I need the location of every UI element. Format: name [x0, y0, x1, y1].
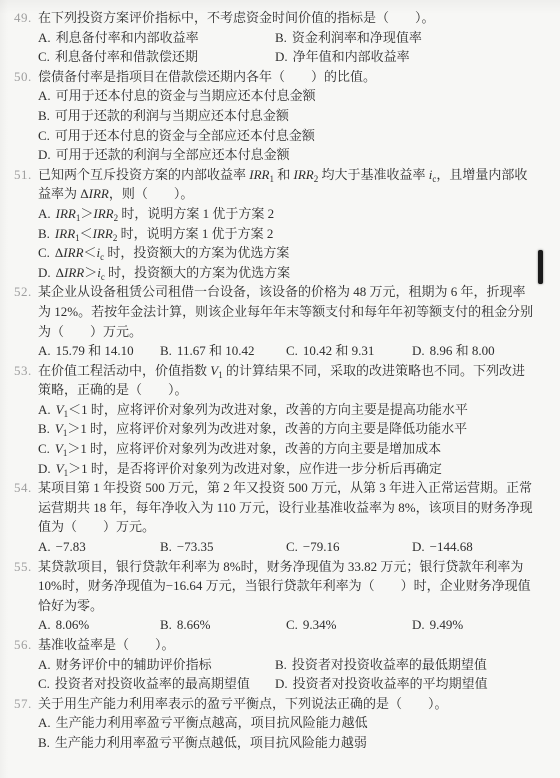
question-body: 已知两个互斥投资方案的内部收益率 IRR1 和 IRR2 均大于基准收益率 ic…: [38, 165, 534, 283]
question-body: 某企业从设备租赁公司租借一台设备，该设备的价格为 48 万元，租期为 6 年，折…: [38, 282, 534, 360]
options-row: A.15.79 和 14.10 B.11.67 和 10.42 C.10.42 …: [38, 341, 534, 361]
question-stem: 在下列投资方案评价指标中，不考虑资金时间价值的指标是（ ）。: [38, 8, 534, 28]
option-text: 投资者对投资收益率的平均期望值: [293, 676, 488, 691]
option-label: C.: [286, 343, 298, 358]
option-text: 8.66%: [177, 617, 211, 632]
question-body: 某贷款项目，银行贷款年利率为 8%时，财务净现值为 33.82 万元；银行贷款年…: [38, 557, 534, 635]
question-49: 49. 在下列投资方案评价指标中，不考虑资金时间价值的指标是（ ）。 A.利息备…: [14, 8, 534, 67]
option-a: A.生产能力利用率盈亏平衡点越高，项目抗风险能力越低: [38, 713, 534, 733]
option-text: 8.06%: [56, 617, 90, 632]
option-d: D.−144.68: [412, 537, 534, 557]
option-text: −73.35: [177, 539, 214, 554]
option-label: B.: [38, 421, 50, 436]
option-label: C.: [286, 617, 298, 632]
option-label: A.: [38, 539, 51, 554]
option-a: A.IRR1＞IRR2 时，说明方案 1 优于方案 2: [38, 204, 534, 224]
option-text: 利息备付率和内部收益率: [56, 30, 199, 45]
question-stem: 某项目第 1 年投资 500 万元，第 2 年又投资 500 万元，从第 3 年…: [38, 478, 534, 537]
option-label: A.: [38, 206, 51, 221]
question-number: 57.: [14, 694, 38, 714]
question-number: 49.: [14, 8, 38, 28]
option-label: D.: [412, 539, 425, 554]
option-label: B.: [160, 617, 172, 632]
question-57: 57. 关于用生产能力利用率表示的盈亏平衡点，下列说法正确的是（ ）。 A.生产…: [14, 694, 534, 753]
option-text: 投资者对投资收益率的最低期望值: [292, 657, 487, 672]
option-text: −7.83: [56, 539, 86, 554]
question-stem: 偿债备付率是指项目在借款偿还期内各年（ ）的比值。: [38, 67, 534, 87]
option-label: D.: [275, 676, 288, 691]
question-stem: 基准收益率是（ ）。: [38, 635, 534, 655]
option-label: B.: [160, 343, 172, 358]
option-label: C.: [38, 128, 50, 143]
option-b: B.11.67 和 10.42: [160, 341, 286, 361]
option-b: B.投资者对投资收益率的最低期望值: [275, 655, 534, 675]
question-stem: 某企业从设备租赁公司租借一台设备，该设备的价格为 48 万元，租期为 6 年，折…: [38, 282, 534, 341]
option-text: 投资者对投资收益率的最高期望值: [55, 676, 250, 691]
question-stem: 某贷款项目，银行贷款年利率为 8%时，财务净现值为 33.82 万元；银行贷款年…: [38, 557, 534, 616]
option-c: C.可用于还本付息的资金与全部应还本付息金额: [38, 126, 534, 146]
question-number: 55.: [14, 557, 38, 577]
question-number: 56.: [14, 635, 38, 655]
options-list: A.生产能力利用率盈亏平衡点越高，项目抗风险能力越低 B.生产能力利用率盈亏平衡…: [38, 713, 534, 752]
question-number: 51.: [14, 165, 38, 185]
option-text: 资金利润率和净现值率: [292, 30, 422, 45]
option-text: IRR1＜IRR2 时，说明方案 1 优于方案 2: [55, 226, 273, 241]
option-c: C.ΔIRR＜ic 时，投资额大的方案为优选方案: [38, 243, 534, 263]
option-label: B.: [38, 735, 50, 750]
option-text: 可用于还本付息的资金与全部应还本付息金额: [55, 128, 315, 143]
option-b: B.可用于还款的利润与当期应还本付息金额: [38, 106, 534, 126]
option-label: C.: [38, 441, 50, 456]
option-c: C.9.34%: [286, 615, 412, 635]
option-a: A.利息备付率和内部收益率: [38, 28, 275, 48]
option-label: B.: [275, 657, 287, 672]
option-label: D.: [38, 147, 51, 162]
option-a: A.财务评价中的辅助评价指标: [38, 655, 275, 675]
option-b: B.8.66%: [160, 615, 286, 635]
option-text: 15.79 和 14.10: [56, 343, 134, 358]
scanned-exam-page: 49. 在下列投资方案评价指标中，不考虑资金时间价值的指标是（ ）。 A.利息备…: [0, 0, 560, 778]
option-text: 利息备付率和借款偿还期: [55, 49, 198, 64]
option-text: 可用于还本付息的资金与当期应还本付息金额: [56, 88, 316, 103]
question-50: 50. 偿债备付率是指项目在借款偿还期内各年（ ）的比值。 A.可用于还本付息的…: [14, 67, 534, 165]
options-row: A.8.06% B.8.66% C.9.34% D.9.49%: [38, 615, 534, 635]
option-label: D.: [412, 343, 425, 358]
option-label: A.: [38, 402, 51, 417]
question-number: 53.: [14, 361, 38, 381]
option-d: D.净年值和内部收益率: [275, 47, 534, 67]
option-label: A.: [38, 617, 51, 632]
options-row: A.−7.83 B.−73.35 C.−79.16 D.−144.68: [38, 537, 534, 557]
option-label: C.: [38, 676, 50, 691]
option-b: B.生产能力利用率盈亏平衡点越低，项目抗风险能力越弱: [38, 733, 534, 753]
scan-edge-mark: [538, 250, 543, 284]
option-text: −79.16: [303, 539, 340, 554]
option-label: B.: [38, 226, 50, 241]
option-d: D.V1＞1 时，是否将评价对象列为改进对象，应作进一步分析后再确定: [38, 459, 534, 479]
option-text: 11.67 和 10.42: [177, 343, 255, 358]
option-b: B.资金利润率和净现值率: [275, 28, 534, 48]
question-number: 54.: [14, 478, 38, 498]
options-grid: A.财务评价中的辅助评价指标 B.投资者对投资收益率的最低期望值 C.投资者对投…: [38, 655, 534, 694]
question-52: 52. 某企业从设备租赁公司租借一台设备，该设备的价格为 48 万元，租期为 6…: [14, 282, 534, 360]
option-label: D.: [275, 49, 288, 64]
option-text: ΔIRR＜ic 时，投资额大的方案为优选方案: [55, 245, 290, 260]
question-body: 某项目第 1 年投资 500 万元，第 2 年又投资 500 万元，从第 3 年…: [38, 478, 534, 556]
option-text: 净年值和内部收益率: [293, 49, 410, 64]
question-54: 54. 某项目第 1 年投资 500 万元，第 2 年又投资 500 万元，从第…: [14, 478, 534, 556]
option-text: IRR1＞IRR2 时，说明方案 1 优于方案 2: [56, 206, 274, 221]
question-body: 关于用生产能力利用率表示的盈亏平衡点，下列说法正确的是（ ）。 A.生产能力利用…: [38, 694, 534, 753]
option-label: A.: [38, 657, 51, 672]
options-list: A.可用于还本付息的资金与当期应还本付息金额 B.可用于还款的利润与当期应还本付…: [38, 86, 534, 164]
option-text: −144.68: [430, 539, 473, 554]
question-stem: 关于用生产能力利用率表示的盈亏平衡点，下列说法正确的是（ ）。: [38, 694, 534, 714]
option-text: V1＜1 时，应将评价对象列为改进对象，改善的方向主要是提高功能水平: [56, 402, 468, 417]
option-label: D.: [412, 617, 425, 632]
question-stem: 在价值工程活动中，价值指数 V1 的计算结果不同，采取的改进策略也不同。下列改进…: [38, 361, 534, 400]
options-grid: A.利息备付率和内部收益率 B.资金利润率和净现值率 C.利息备付率和借款偿还期…: [38, 28, 534, 67]
question-body: 基准收益率是（ ）。 A.财务评价中的辅助评价指标 B.投资者对投资收益率的最低…: [38, 635, 534, 694]
option-a: A.可用于还本付息的资金与当期应还本付息金额: [38, 86, 534, 106]
option-text: V1＞1 时，是否将评价对象列为改进对象，应作进一步分析后再确定: [56, 461, 442, 476]
option-label: D.: [38, 461, 51, 476]
option-text: 可用于还款的利润与全部应还本付息金额: [56, 147, 290, 162]
question-53: 53. 在价值工程活动中，价值指数 V1 的计算结果不同，采取的改进策略也不同。…: [14, 361, 534, 479]
option-label: C.: [38, 49, 50, 64]
option-c: C.−79.16: [286, 537, 412, 557]
question-body: 偿债备付率是指项目在借款偿还期内各年（ ）的比值。 A.可用于还本付息的资金与当…: [38, 67, 534, 165]
option-text: 可用于还款的利润与当期应还本付息金额: [55, 108, 289, 123]
option-d: D.可用于还款的利润与全部应还本付息金额: [38, 145, 534, 165]
option-text: ΔIRR＞ic 时，投资额大的方案为优选方案: [56, 265, 291, 280]
option-label: D.: [38, 265, 51, 280]
option-a: A.15.79 和 14.10: [38, 341, 160, 361]
option-text: V1＞1 时，应将评价对象列为改进对象，改善的方向主要是增加成本: [55, 441, 441, 456]
question-body: 在下列投资方案评价指标中，不考虑资金时间价值的指标是（ ）。 A.利息备付率和内…: [38, 8, 534, 67]
option-label: B.: [275, 30, 287, 45]
option-label: C.: [286, 539, 298, 554]
option-label: C.: [38, 245, 50, 260]
option-a: A.8.06%: [38, 615, 160, 635]
option-d: D.8.96 和 8.00: [412, 341, 534, 361]
question-body: 在价值工程活动中，价值指数 V1 的计算结果不同，采取的改进策略也不同。下列改进…: [38, 361, 534, 479]
option-a: A.V1＜1 时，应将评价对象列为改进对象，改善的方向主要是提高功能水平: [38, 400, 534, 420]
option-b: B.−73.35: [160, 537, 286, 557]
option-b: B.IRR1＜IRR2 时，说明方案 1 优于方案 2: [38, 224, 534, 244]
options-list: A.IRR1＞IRR2 时，说明方案 1 优于方案 2 B.IRR1＜IRR2 …: [38, 204, 534, 282]
option-text: 9.34%: [303, 617, 337, 632]
option-b: B.V1＞1 时，应将评价对象列为改进对象，改善的方向主要是降低功能水平: [38, 419, 534, 439]
question-51: 51. 已知两个互斥投资方案的内部收益率 IRR1 和 IRR2 均大于基准收益…: [14, 165, 534, 283]
option-d: D.投资者对投资收益率的平均期望值: [275, 674, 534, 694]
option-c: C.V1＞1 时，应将评价对象列为改进对象，改善的方向主要是增加成本: [38, 439, 534, 459]
question-stem: 已知两个互斥投资方案的内部收益率 IRR1 和 IRR2 均大于基准收益率 ic…: [38, 165, 534, 204]
option-d: D.9.49%: [412, 615, 534, 635]
option-label: B.: [38, 108, 50, 123]
question-56: 56. 基准收益率是（ ）。 A.财务评价中的辅助评价指标 B.投资者对投资收益…: [14, 635, 534, 694]
option-text: 生产能力利用率盈亏平衡点越低，项目抗风险能力越弱: [55, 735, 367, 750]
option-text: 10.42 和 9.31: [303, 343, 375, 358]
option-text: 生产能力利用率盈亏平衡点越高，项目抗风险能力越低: [56, 715, 368, 730]
option-text: V1＞1 时，应将评价对象列为改进对象，改善的方向主要是降低功能水平: [55, 421, 467, 436]
question-55: 55. 某贷款项目，银行贷款年利率为 8%时，财务净现值为 33.82 万元；银…: [14, 557, 534, 635]
options-list: A.V1＜1 时，应将评价对象列为改进对象，改善的方向主要是提高功能水平 B.V…: [38, 400, 534, 478]
option-c: C.10.42 和 9.31: [286, 341, 412, 361]
option-c: C.利息备付率和借款偿还期: [38, 47, 275, 67]
option-text: 9.49%: [430, 617, 464, 632]
option-label: A.: [38, 715, 51, 730]
option-label: A.: [38, 88, 51, 103]
option-text: 财务评价中的辅助评价指标: [56, 657, 212, 672]
option-d: D.ΔIRR＞ic 时，投资额大的方案为优选方案: [38, 263, 534, 283]
option-a: A.−7.83: [38, 537, 160, 557]
option-label: B.: [160, 539, 172, 554]
option-label: A.: [38, 343, 51, 358]
option-label: A.: [38, 30, 51, 45]
option-text: 8.96 和 8.00: [430, 343, 495, 358]
question-number: 50.: [14, 67, 38, 87]
question-number: 52.: [14, 282, 38, 302]
option-c: C.投资者对投资收益率的最高期望值: [38, 674, 275, 694]
